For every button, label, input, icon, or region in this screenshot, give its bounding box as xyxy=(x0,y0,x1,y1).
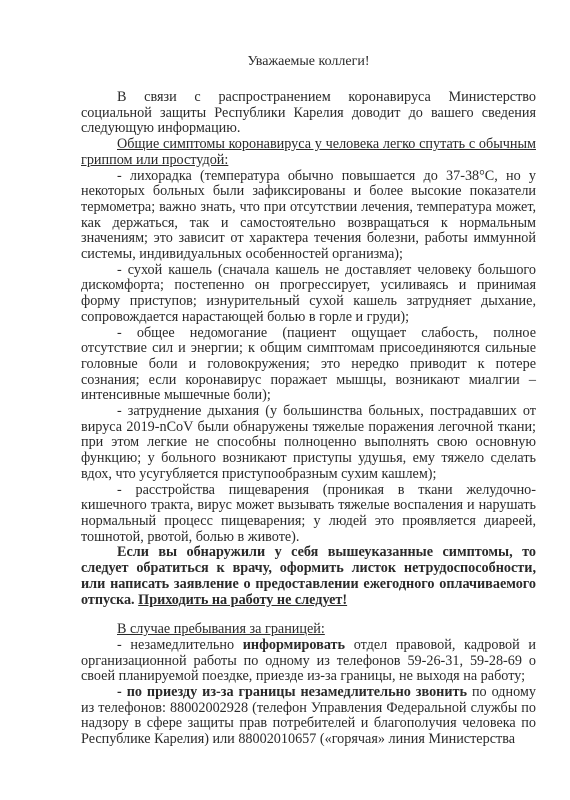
symptom-fever: - лихорадка (температура обычно повышает… xyxy=(81,169,536,263)
abroad-item2-bold: - по приезду из-за границы незамедлитель… xyxy=(117,684,467,700)
intro-paragraph: В связи с распространением коронавируса … xyxy=(81,90,536,137)
abroad-item1-bold: информировать xyxy=(243,637,345,653)
warning-emphasis: Приходить на работу не следует! xyxy=(138,592,347,608)
document-title: Уважаемые коллеги! xyxy=(81,54,536,70)
abroad-heading-text: В случае пребывания за границей: xyxy=(117,621,325,637)
warning-paragraph: Если вы обнаружили у себя вышеуказанные … xyxy=(81,545,536,608)
spacer xyxy=(81,608,536,622)
abroad-item-inform: - незамедлительно информировать отдел пр… xyxy=(81,638,536,685)
abroad-heading: В случае пребывания за границей: xyxy=(81,622,536,638)
symptom-breathing: - затруднение дыхания (у большинства бол… xyxy=(81,404,536,483)
symptoms-heading-text: Общие симптомы коронавируса у человека л… xyxy=(81,136,536,168)
abroad-item-call: - по приезду из-за границы незамедлитель… xyxy=(81,685,536,748)
symptoms-heading: Общие симптомы коронавируса у человека л… xyxy=(81,137,536,168)
document-body: В связи с распространением коронавируса … xyxy=(81,90,536,748)
symptom-digestion: - расстройства пищеварения (проникая в т… xyxy=(81,483,536,546)
symptom-dry-cough: - сухой кашель (сначала кашель не достав… xyxy=(81,263,536,326)
symptom-malaise: - общее недомогание (пациент ощущает сла… xyxy=(81,326,536,405)
abroad-item1-prefix: - незамедлительно xyxy=(117,637,243,653)
